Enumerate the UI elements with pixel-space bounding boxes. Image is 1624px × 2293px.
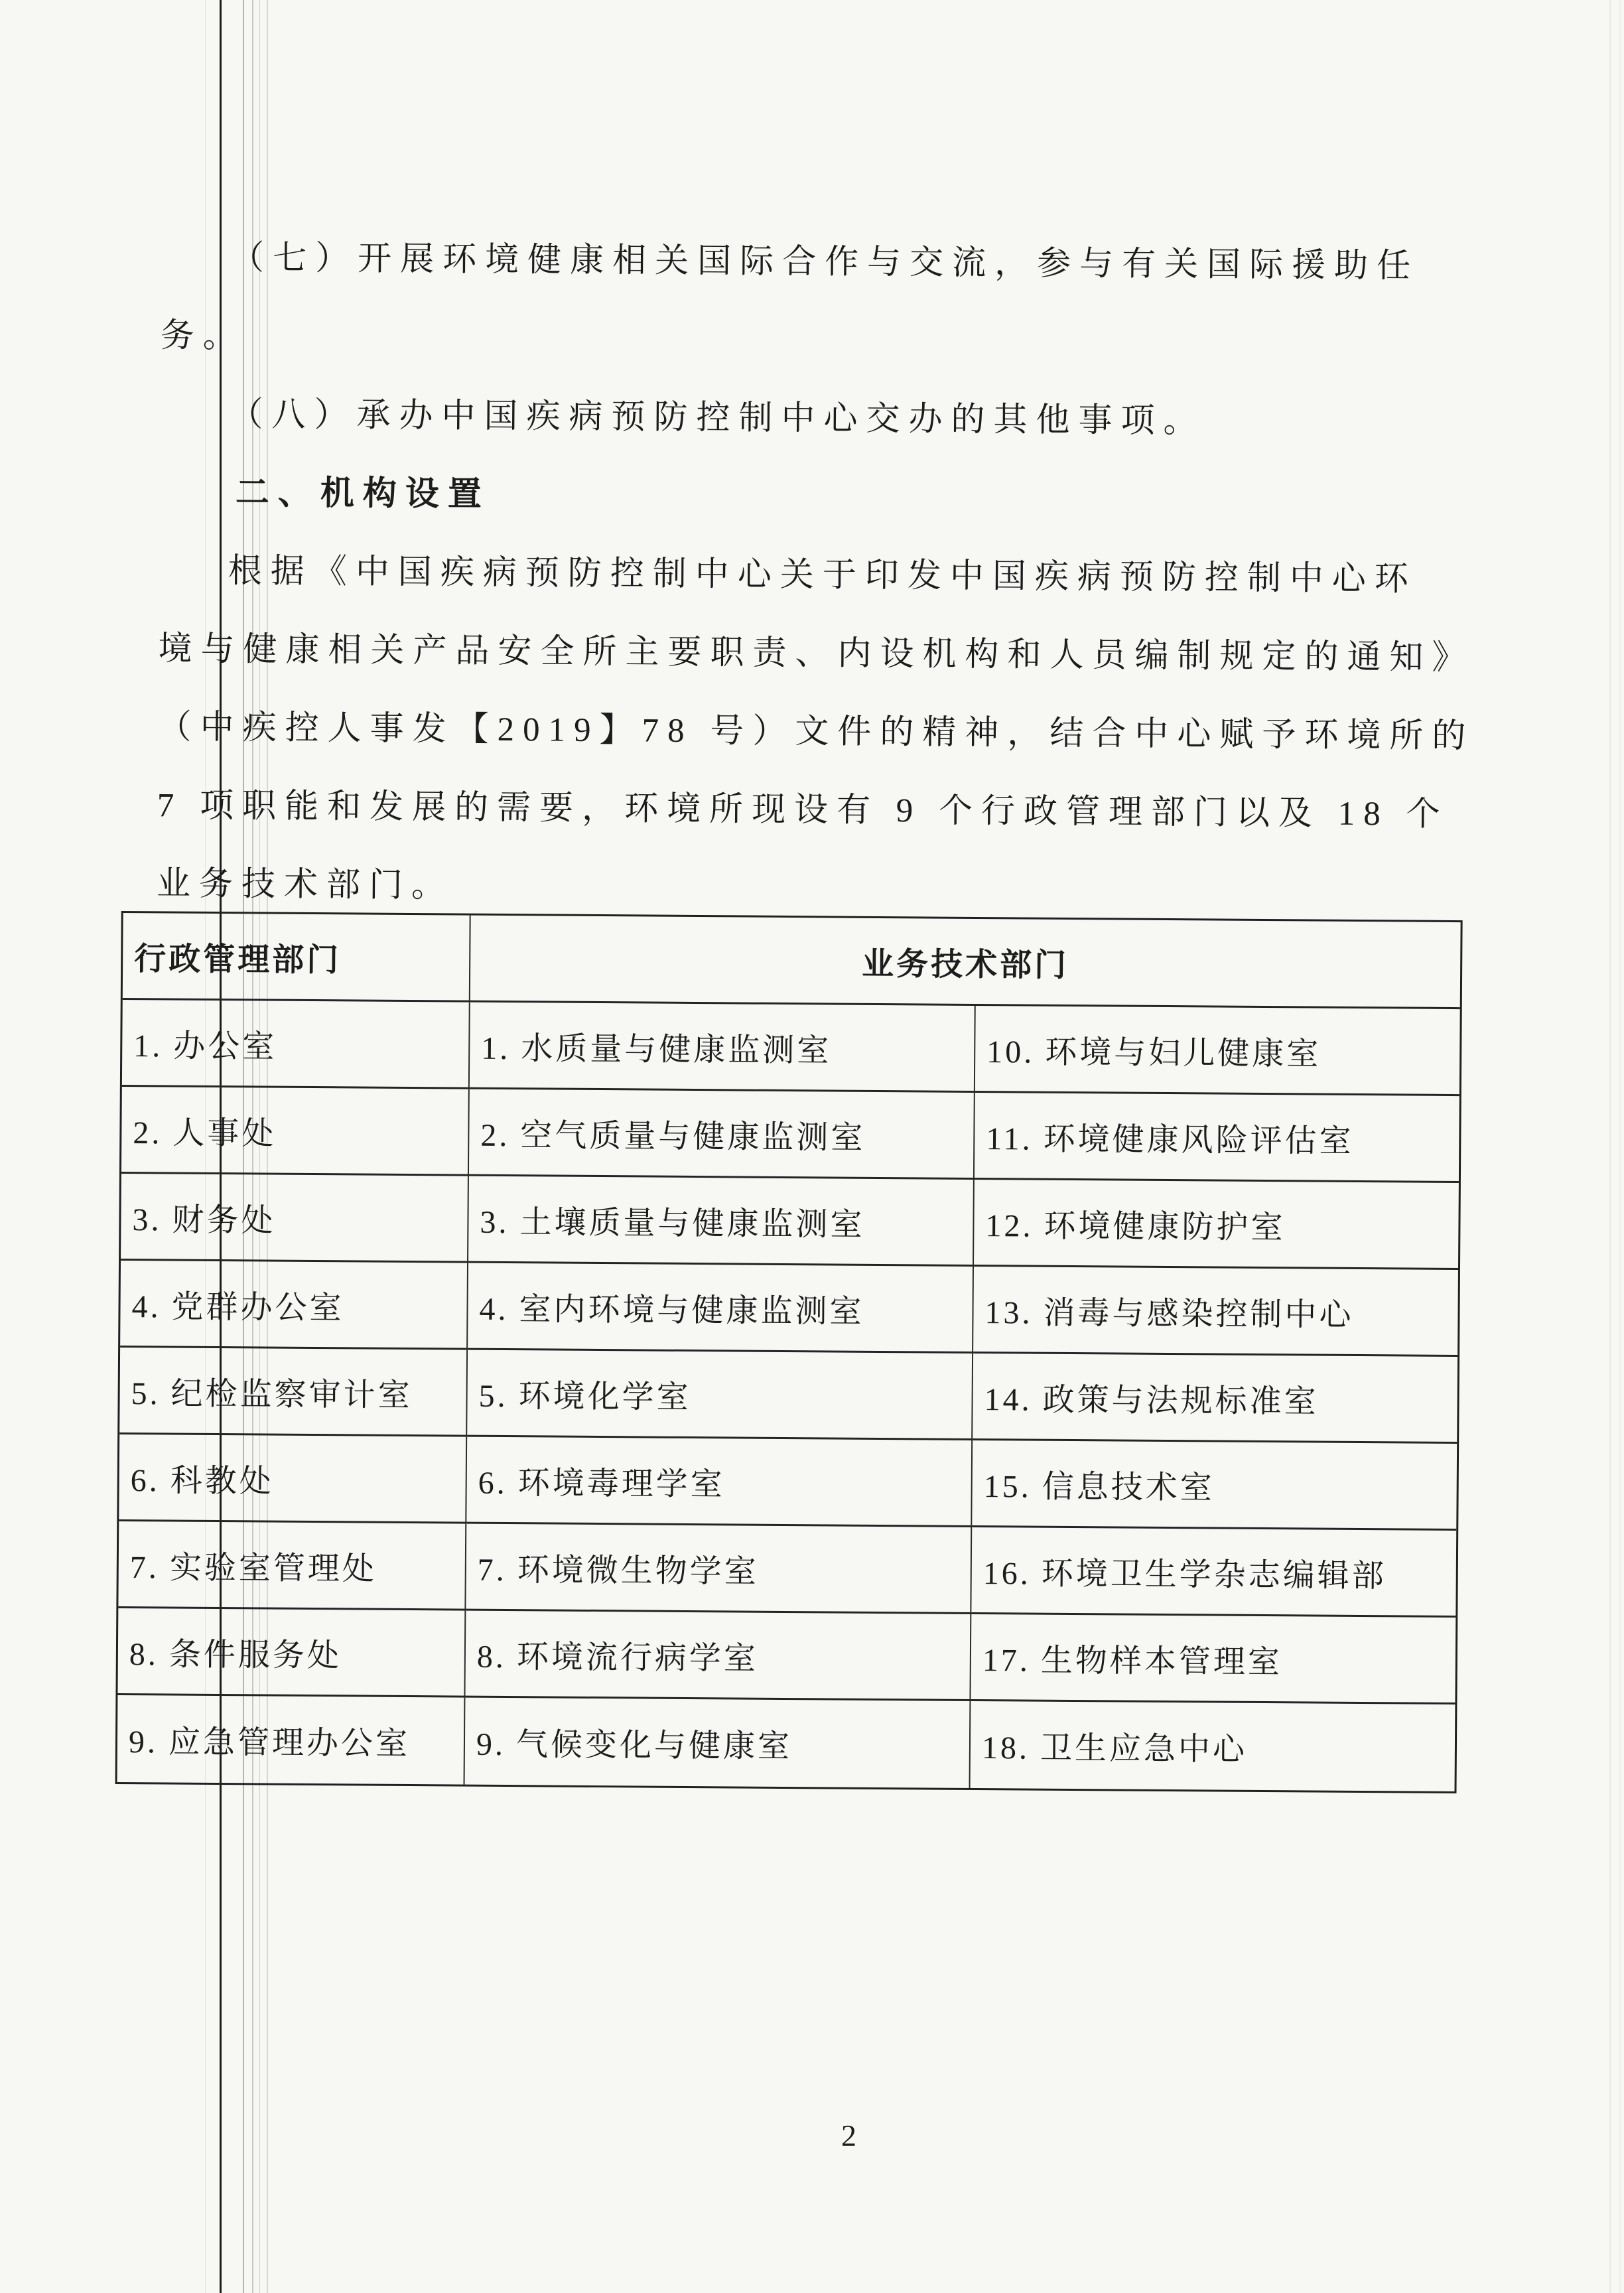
table-cell-tech: 1. 水质量与健康监测室 <box>470 1003 976 1093</box>
section-heading: 二、机构设置 <box>159 453 1495 541</box>
paragraph-line: （中疾控人事发【2019】78 号）文件的精神，结合中心赋予环境所的 <box>157 688 1493 776</box>
table-cell-tech: 6. 环境毒理学室 <box>466 1437 973 1527</box>
table-cell-admin: 1. 办公室 <box>122 1000 470 1089</box>
section-heading-text: 二、机构设置 <box>159 453 1495 541</box>
paragraph-line: 务。 <box>160 297 1495 384</box>
table-cell-admin: 8. 条件服务处 <box>117 1608 466 1698</box>
table-cell-admin: 5. 纪检监察审计室 <box>119 1348 468 1437</box>
document-body: （七）开展环境健康相关国际合作与交流，参与有关国际援助任 务。 （八）承办中国疾… <box>121 218 1496 932</box>
scan-streak-right <box>1609 0 1611 2293</box>
table-cell-tech: 14. 政策与法规标准室 <box>973 1354 1457 1444</box>
paragraph-line: 7 项职能和发展的需要，环境所现设有 9 个行政管理部门以及 18 个 <box>157 766 1492 854</box>
paragraph-line: （七）开展环境健康相关国际合作与交流，参与有关国际援助任 <box>161 218 1496 306</box>
table-cell-tech: 17. 生物样本管理室 <box>971 1614 1455 1704</box>
table-cell-tech: 11. 环境健康风险评估室 <box>975 1093 1459 1183</box>
table-cell-tech: 5. 环境化学室 <box>467 1350 973 1440</box>
table-cell-tech: 16. 环境卫生学杂志编辑部 <box>971 1527 1456 1618</box>
page-number: 2 <box>841 2118 856 2153</box>
table-cell-admin: 7. 实验室管理处 <box>118 1521 466 1611</box>
table-cell-tech: 4. 室内环境与健康监测室 <box>468 1263 974 1354</box>
table-cell-tech: 7. 环境微生物学室 <box>466 1524 972 1614</box>
table-cell-tech: 3. 土壤质量与健康监测室 <box>468 1176 975 1267</box>
table-cell-admin: 9. 应急管理办公室 <box>117 1695 466 1785</box>
table-cell-tech: 2. 空气质量与健康监测室 <box>469 1089 975 1180</box>
table-cell-tech: 18. 卫生应急中心 <box>971 1701 1455 1791</box>
table-cell-admin: 3. 财务处 <box>121 1174 469 1263</box>
department-table: 行政管理部门 业务技术部门 1. 办公室 1. 水质量与健康监测室 10. 环境… <box>115 911 1463 1793</box>
scan-streak-right <box>1619 0 1621 2293</box>
paragraph-item-8: （八）承办中国疾病预防控制中心交办的其他事项。 <box>160 375 1495 462</box>
table-cell-admin: 2. 人事处 <box>121 1087 470 1176</box>
paragraph-item-7: （七）开展环境健康相关国际合作与交流，参与有关国际援助任 务。 <box>160 218 1496 384</box>
scanned-document-page: { "document": { "paragraph_item7": { "li… <box>0 0 1624 2293</box>
table-header-technical: 业务技术部门 <box>470 916 1461 1009</box>
paragraph-line: 根据《中国疾病预防控制中心关于印发中国疾病预防控制中心环 <box>159 531 1494 619</box>
table-cell-tech: 9. 气候变化与健康室 <box>465 1698 971 1788</box>
table-cell-admin: 6. 科教处 <box>119 1434 467 1524</box>
table-cell-admin: 4. 党群办公室 <box>120 1261 468 1350</box>
paragraph-line: （八）承办中国疾病预防控制中心交办的其他事项。 <box>160 375 1495 462</box>
table-cell-tech: 8. 环境流行病学室 <box>465 1611 971 1701</box>
table-cell-tech: 13. 消毒与感染控制中心 <box>973 1267 1458 1357</box>
table-cell-tech: 15. 信息技术室 <box>972 1440 1457 1531</box>
paragraph-line: 境与健康相关产品安全所主要职责、内设机构和人员编制规定的通知》 <box>158 610 1493 697</box>
table-header-admin: 行政管理部门 <box>123 913 471 1003</box>
paragraph-intro: 根据《中国疾病预防控制中心关于印发中国疾病预防控制中心环 境与健康相关产品安全所… <box>157 531 1494 932</box>
table-cell-tech: 10. 环境与妇儿健康室 <box>975 1006 1460 1096</box>
table-cell-tech: 12. 环境健康防护室 <box>974 1180 1459 1270</box>
